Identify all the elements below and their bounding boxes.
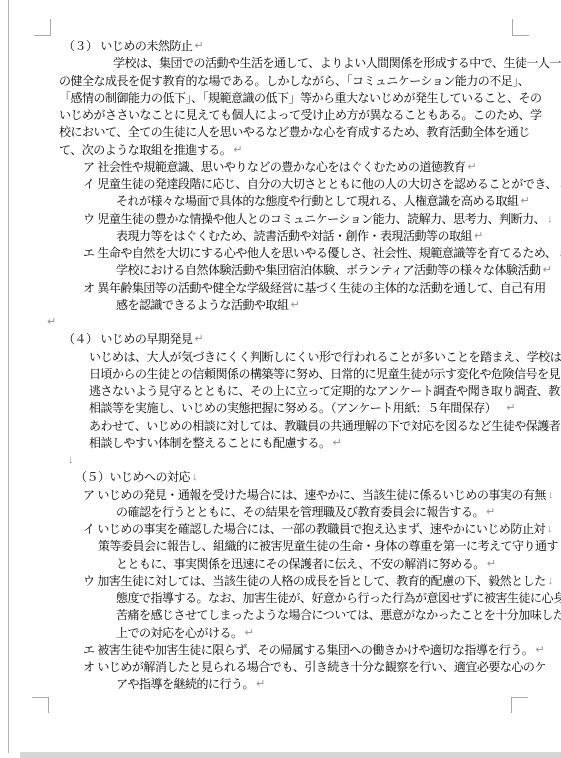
text-line: て、次のような取組を推進する。↵ xyxy=(59,143,242,160)
paragraph-mark-icon: ↵ xyxy=(245,627,254,639)
text-line-content: いじめは、大人が気づきにくく判断しにくい形で行われることが多いことを踏まえ、学校… xyxy=(89,350,561,364)
text-line-content: あわせて、いじめの相談に対しては、教職員の共通理解の下で対応を図るなど生徒や保護… xyxy=(89,419,561,433)
text-line-content: 学校における自然体験活動や集団宿泊体験、ボランティア活動等の様々な体験活動 xyxy=(116,263,541,277)
paragraph-mark-icon: ↵ xyxy=(291,299,300,311)
text-line-content: とともに、事実関係を迅速にその保護者に伝え、不安の解消に努める。 xyxy=(116,557,485,571)
text-line: （４） いじめの早期発見↵ xyxy=(63,332,204,349)
paragraph-mark-icon: ↵ xyxy=(194,333,203,345)
paragraph-mark-icon: ↵ xyxy=(233,144,242,156)
text-line-content: の健全な成長を促す教育的な場である。しかしながら、「コミュニケーション能力の不足… xyxy=(59,74,529,88)
text-line: ↓ xyxy=(66,453,74,470)
text-line-content: 逃さないよう見守るとともに、その上に立って定期的なアンケート調査や聞き取り調査、… xyxy=(89,384,561,398)
text-line: イ いじめの事実を確認した場合には、一部の教職員で抱え込まず、速やかにいじめ防止… xyxy=(83,522,552,539)
text-line-content: （５）いじめへの対応 xyxy=(75,470,190,484)
text-line: ア いじめの発見・通報を受けた場合には、速やかに、当該生徒に係るいじめの事実の有… xyxy=(83,488,553,505)
line-break-mark-icon: ↓ xyxy=(547,213,553,225)
text-line-content: 策等委員会に報告し、組織的に被害児童生徒の生命・身体の尊重を第一に考えて守り通す xyxy=(98,539,558,553)
text-line: 日頃からの生徒との信頼関係の構築等に努め、日常的に児童生徒が示す変化や危険信号を… xyxy=(89,367,560,384)
text-line-content: アや指導を継続的に行う。 xyxy=(116,677,254,691)
text-line: 相談等を実施し、いじめの実態把握に努める。（アンケート用紙：５年間保存）↵ xyxy=(89,401,516,418)
paragraph-mark-icon: ↵ xyxy=(474,230,483,242)
paragraph-mark-icon: ↵ xyxy=(487,558,496,570)
text-line-content: （４） いじめの早期発見 xyxy=(63,332,192,346)
text-line-content: エ 被害生徒や加害生徒に限らず、その帰属する集団への働きかけや適切な指導を行う。 xyxy=(83,643,533,657)
text-line: ↵ xyxy=(45,315,56,332)
text-line: いじめがささいなことに見えても個人によって受け止め方が異なることもある。このため… xyxy=(59,108,542,125)
text-line: 学校は、集団での活動や生活を通して、よりよい人間関係を形成する中で、生徒一人一人… xyxy=(113,56,561,73)
text-line-content: 相談等を実施し、いじめの実態把握に努める。（アンケート用紙：５年間保存） xyxy=(89,401,496,415)
paragraph-mark-icon: ↵ xyxy=(521,195,530,207)
page-bottom-edge xyxy=(20,752,561,758)
text-line: 「感情の制御能力の低下」、「規範意識の低下」等から重大ないじめが発生していること… xyxy=(59,91,542,108)
text-line-content: ウ 児童生徒の豊かな情操や他人とのコミュニケーション能力、読解力、思考力、判断力… xyxy=(83,212,545,226)
text-line-content: （３） いじめの未然防止 xyxy=(63,39,192,53)
text-line: エ 被害生徒や加害生徒に限らず、その帰属する集団への働きかけや適切な指導を行う。… xyxy=(83,643,545,660)
margin-crop-mark-bottom-left-icon xyxy=(32,697,49,713)
text-line: アや指導を継続的に行う。↵ xyxy=(116,677,265,694)
line-break-mark-icon: ↓ xyxy=(548,575,554,587)
text-line: いじめは、大人が気づきにくく判断しにくい形で行われることが多いことを踏まえ、学校… xyxy=(89,350,561,367)
text-line: 策等委員会に報告し、組織的に被害児童生徒の生命・身体の尊重を第一に考えて守り通す xyxy=(98,539,558,556)
text-line: とともに、事実関係を迅速にその保護者に伝え、不安の解消に努める。↵ xyxy=(116,557,496,574)
margin-crop-mark-top-right-icon xyxy=(512,19,529,36)
document-page: （３） いじめの未然防止↵学校は、集団での活動や生活を通して、よりよい人間関係を… xyxy=(0,0,561,758)
line-break-mark-icon: ↓ xyxy=(68,454,74,466)
text-line: 逃さないよう見守るとともに、その上に立って定期的なアンケート調査や聞き取り調査、… xyxy=(89,384,561,401)
text-line: 感を認識できるような活動や取組↵ xyxy=(116,298,300,315)
text-line: ウ 加害生徒に対しては、当該生徒の人格の成長を旨として、教育的配慮の下、毅然とし… xyxy=(83,574,553,591)
text-line: 相談しやすい体制を整えることにも配慮する。↵ xyxy=(89,436,342,453)
text-line: オ いじめが解消したと見られる場合でも、引き続き十分な観察を行い、適宜必要な心の… xyxy=(83,660,546,677)
page-left-edge xyxy=(8,0,9,753)
line-break-mark-icon: ↓ xyxy=(192,471,198,483)
text-line-content: ア 社会性や規範意識、思いやりなどの豊かな心をはぐくむための道徳教育 xyxy=(83,160,465,174)
text-line-content: 苦痛を感じさせてしまったような場合については、悪意がなかったことを十分加味した xyxy=(116,608,561,622)
text-line-content: オ いじめが解消したと見られる場合でも、引き続き十分な観察を行い、適宜必要な心の… xyxy=(83,660,546,674)
margin-crop-mark-top-left-icon xyxy=(34,19,51,36)
text-line: それが様々な場面で具体的な態度や行動として現れる、人権意識を高める取組↵ xyxy=(116,194,530,211)
text-line-content: ア いじめの発見・通報を受けた場合には、速やかに、当該生徒に係るいじめの事実の有… xyxy=(83,488,546,502)
text-line: （５）いじめへの対応↓ xyxy=(75,470,198,487)
text-line: エ 生命や自然を大切にする心や他人を思いやる優しさ、社会性、規範意識等を育てるた… xyxy=(83,246,561,263)
paragraph-mark-icon: ↵ xyxy=(543,264,552,276)
text-line-content: 「感情の制御能力の低下」、「規範意識の低下」等から重大ないじめが発生していること… xyxy=(59,91,542,105)
text-line: （３） いじめの未然防止↵ xyxy=(63,39,204,56)
paragraph-mark-icon: ↵ xyxy=(467,161,476,173)
text-line-content: 日頃からの生徒との信頼関係の構築等に努め、日常的に児童生徒が示す変化や危険信号を… xyxy=(89,367,560,381)
text-line-content: 態度で指導する。なお、加害生徒が、好意から行った行為が意図せずに被害生徒に心身の xyxy=(116,591,561,605)
text-line: 表現力等をはぐくむため、読書活動や対話・創作・表現活動等の取組↵ xyxy=(116,229,483,246)
text-line: 校において、全ての生徒に人を思いやるなど豊かな心を育成するため、教育活動全体を通… xyxy=(59,125,530,142)
text-line-content: 校において、全ての生徒に人を思いやるなど豊かな心を育成するため、教育活動全体を通… xyxy=(59,125,530,139)
text-line: イ 児童生徒の発達段階に応じ、自分の大切さとともに他の人の大切さを認めることがで… xyxy=(83,177,561,194)
text-line: 学校における自然体験活動や集団宿泊体験、ボランティア活動等の様々な体験活動↵ xyxy=(116,263,552,280)
text-line: ア 社会性や規範意識、思いやりなどの豊かな心をはぐくむための道徳教育↵ xyxy=(83,160,477,177)
text-line: オ 異年齢集団等の活動や健全な学級経営に基づく生徒の主体的な活動を通して、自己有… xyxy=(83,281,546,298)
text-line: 態度で指導する。なお、加害生徒が、好意から行った行為が意図せずに被害生徒に心身の xyxy=(116,591,561,608)
text-line-content: エ 生命や自然を大切にする心や他人を思いやる優しさ、社会性、規範意識等を育てるた… xyxy=(83,246,556,260)
text-line-content: オ 異年齢集団等の活動や健全な学級経営に基づく生徒の主体的な活動を通して、自己有… xyxy=(83,281,546,295)
text-line-content: 表現力等をはぐくむため、読書活動や対話・創作・表現活動等の取組 xyxy=(116,229,472,243)
paragraph-mark-icon: ↵ xyxy=(47,316,56,328)
paragraph-mark-icon: ↵ xyxy=(535,644,544,656)
text-line-content: の確認を行うとともに、その結果を管理職及び教育委員会に報告する。 xyxy=(116,505,484,519)
text-line: ウ 児童生徒の豊かな情操や他人とのコミュニケーション能力、読解力、思考力、判断力… xyxy=(83,212,553,229)
paragraph-mark-icon: ↵ xyxy=(194,40,203,52)
text-line: の健全な成長を促す教育的な場である。しかしながら、「コミュニケーション能力の不足… xyxy=(59,74,529,91)
text-line-content: ウ 加害生徒に対しては、当該生徒の人格の成長を旨として、教育的配慮の下、毅然とし… xyxy=(83,574,546,588)
text-line-content: 相談しやすい体制を整えることにも配慮する。 xyxy=(89,436,331,450)
text-line-content: イ いじめの事実を確認した場合には、一部の教職員で抱え込まず、速やかにいじめ防止… xyxy=(83,522,545,536)
text-line-content: 上での対応を心がける。 xyxy=(116,626,243,640)
paragraph-mark-icon: ↵ xyxy=(486,506,495,518)
text-line: 上での対応を心がける。↵ xyxy=(116,626,254,643)
text-line-content: イ 児童生徒の発達段階に応じ、自分の大切さとともに他の人の大切さを認めることがで… xyxy=(83,177,557,191)
paragraph-mark-icon: ↵ xyxy=(506,402,515,414)
text-line-content: て、次のような取組を推進する。 xyxy=(59,143,231,157)
text-line: 苦痛を感じさせてしまったような場合については、悪意がなかったことを十分加味した xyxy=(116,608,561,625)
text-line-content: 感を認識できるような活動や取組 xyxy=(116,298,289,312)
text-line-content: 学校は、集団での活動や生活を通して、よりよい人間関係を形成する中で、生徒一人一人 xyxy=(113,56,561,70)
text-line-content: それが様々な場面で具体的な態度や行動として現れる、人権意識を高める取組 xyxy=(116,194,519,208)
paragraph-mark-icon: ↵ xyxy=(256,678,265,690)
line-break-mark-icon: ↓ xyxy=(548,489,554,501)
text-line-content: いじめがささいなことに見えても個人によって受け止め方が異なることもある。このため… xyxy=(59,108,542,122)
margin-crop-mark-bottom-right-icon xyxy=(511,697,528,713)
paragraph-mark-icon: ↵ xyxy=(333,437,342,449)
text-line: の確認を行うとともに、その結果を管理職及び教育委員会に報告する。↵ xyxy=(116,505,495,522)
line-break-mark-icon: ↓ xyxy=(547,523,553,535)
text-line: あわせて、いじめの相談に対しては、教職員の共通理解の下で対応を図るなど生徒や保護… xyxy=(89,419,561,436)
